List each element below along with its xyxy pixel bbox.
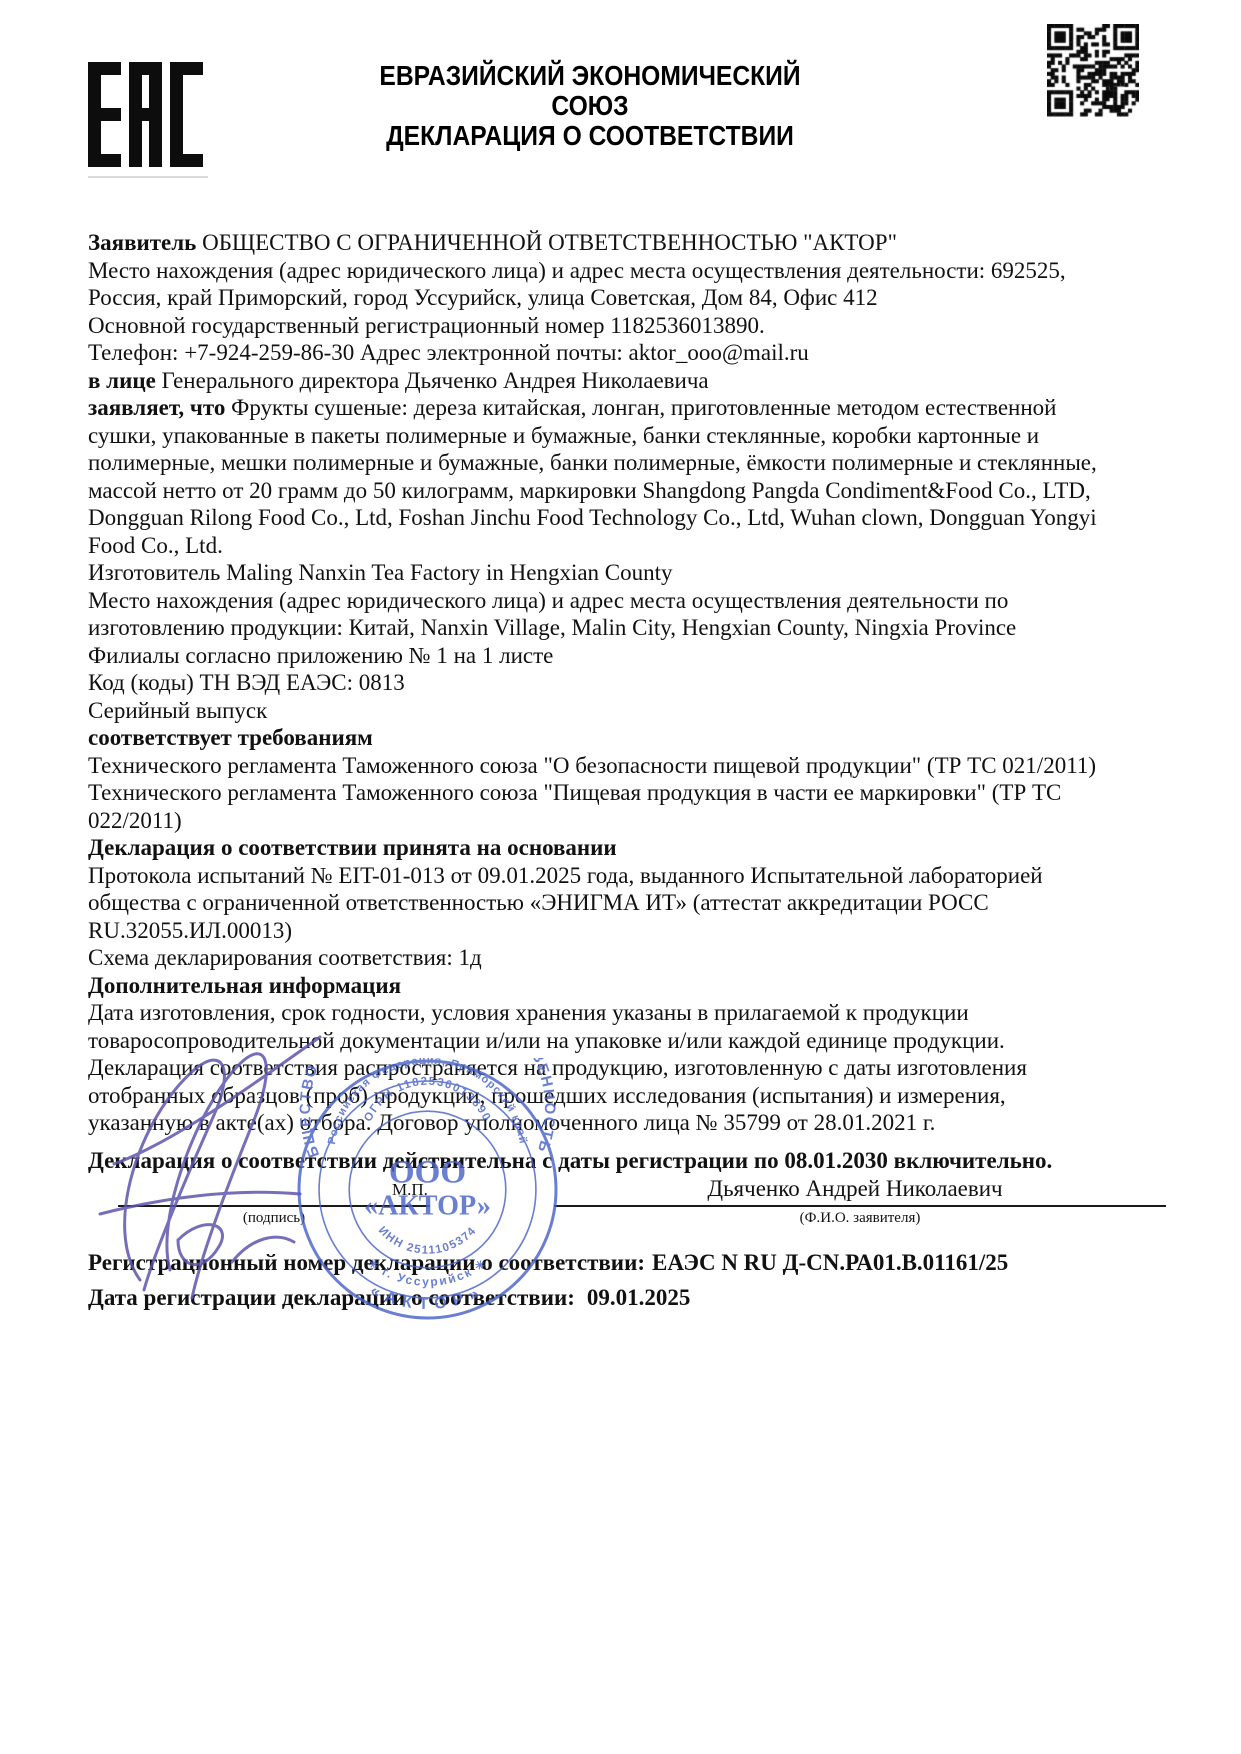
- body-line: Декларация о соответствии принята на осн…: [88, 834, 1198, 862]
- body-line: Серийный выпуск: [88, 697, 1198, 725]
- body-line: Дополнительная информация: [88, 972, 1198, 1000]
- body-line: полимерные, мешки полимерные и бумажные,…: [88, 449, 1198, 477]
- body-line: Россия, край Приморский, город Уссурийск…: [88, 284, 1198, 312]
- body-line: Основной государственный регистрационный…: [88, 312, 1198, 340]
- body-line: массой нетто от 20 грамм до 50 килограмм…: [88, 477, 1198, 505]
- svg-text:ИНН 2511105374: ИНН 2511105374: [376, 1224, 479, 1256]
- body-line: Заявитель ОБЩЕСТВО С ОГРАНИЧЕННОЙ ОТВЕТС…: [88, 229, 1198, 257]
- company-stamp: ОБЩЕСТВО С ОГРАНИЧЕННОЙ ОТВЕТСТВЕННОСТЬЮ…: [296, 1058, 559, 1321]
- stamp-ogrn: ОГРН 1182536013890: [362, 1076, 493, 1124]
- registration-number-value: ЕАЭС N RU Д-CN.РА01.В.01161/25: [652, 1250, 1008, 1275]
- body-line: Изготовитель Maling Nanxin Tea Factory i…: [88, 559, 1198, 587]
- body-line: в лице Генерального директора Дьяченко А…: [88, 367, 1198, 395]
- svg-text:✳ г. Уссурийск ✳: ✳ г. Уссурийск ✳: [365, 1256, 490, 1289]
- stamp-center-aktor: «АКТОР»: [364, 1191, 491, 1222]
- page-title: ЕВРАЗИЙСКИЙ ЭКОНОМИЧЕСКИЙ СОЮЗ ДЕКЛАРАЦИ…: [361, 61, 819, 151]
- declaration-document: ЕВРАЗИЙСКИЙ ЭКОНОМИЧЕСКИЙ СОЮЗ ДЕКЛАРАЦИ…: [0, 0, 1241, 1754]
- stamp-region: Российская Федерация, Приморский край: [326, 1058, 529, 1145]
- body-line: Телефон: +7-924-259-86-30 Адрес электрон…: [88, 339, 1198, 367]
- body-line: 022/2011): [88, 807, 1198, 835]
- body-text: Заявитель ОБЩЕСТВО С ОГРАНИЧЕННОЙ ОТВЕТС…: [88, 229, 1198, 1137]
- body-line: Место нахождения (адрес юридического лиц…: [88, 587, 1198, 615]
- body-line: Протокола испытаний № EIT-01-013 от 09.0…: [88, 862, 1198, 890]
- union-title: ЕВРАЗИЙСКИЙ ЭКОНОМИЧЕСКИЙ СОЮЗ: [361, 61, 819, 121]
- svg-text:Российская Федерация, Приморск: Российская Федерация, Приморский край: [326, 1058, 529, 1145]
- body-line: заявляет, что Фрукты сушеные: дереза кит…: [88, 394, 1198, 422]
- name-caption: (Ф.И.О. заявителя): [554, 1210, 1166, 1227]
- body-line: изготовлению продукции: Китай, Nanxin Vi…: [88, 614, 1198, 642]
- body-line: Место нахождения (адрес юридического лиц…: [88, 257, 1198, 285]
- body-line: Схема декларирования соответствия: 1д: [88, 944, 1198, 972]
- body-line: общества с ограниченной ответственностью…: [88, 889, 1198, 917]
- qr-code-icon: [1047, 24, 1139, 117]
- body-line: сушки, упакованные в пакеты полимерные и…: [88, 422, 1198, 450]
- body-line: RU.32055.ИЛ.00013): [88, 917, 1198, 945]
- stamp-inn: ИНН 2511105374: [376, 1224, 479, 1256]
- svg-text:ОГРН 1182536013890: ОГРН 1182536013890: [362, 1076, 493, 1124]
- logo-underline: [88, 176, 208, 178]
- body-line: Технического регламента Таможенного союз…: [88, 752, 1198, 780]
- body-line: соответствует требованиям: [88, 724, 1198, 752]
- body-line: Технического регламента Таможенного союз…: [88, 779, 1198, 807]
- registration-date-value: 09.01.2025: [587, 1285, 691, 1310]
- body-line: Филиалы согласно приложению № 1 на 1 лис…: [88, 642, 1198, 670]
- body-line: Код (коды) ТН ВЭД ЕАЭС: 0813: [88, 669, 1198, 697]
- body-line: Food Co., Ltd.: [88, 532, 1198, 560]
- eac-logo-icon: [88, 62, 203, 167]
- applicant-name: Дьяченко Андрей Николаевич: [550, 1176, 1160, 1202]
- doc-title: ДЕКЛАРАЦИЯ О СООТВЕТСТВИИ: [361, 121, 819, 151]
- stamp-center-ooo: ООО: [389, 1153, 466, 1190]
- body-line: Dongguan Rilong Food Co., Ltd, Foshan Ji…: [88, 504, 1198, 532]
- name-line: [554, 1205, 1166, 1207]
- stamp-city: ✳ г. Уссурийск ✳: [365, 1256, 490, 1289]
